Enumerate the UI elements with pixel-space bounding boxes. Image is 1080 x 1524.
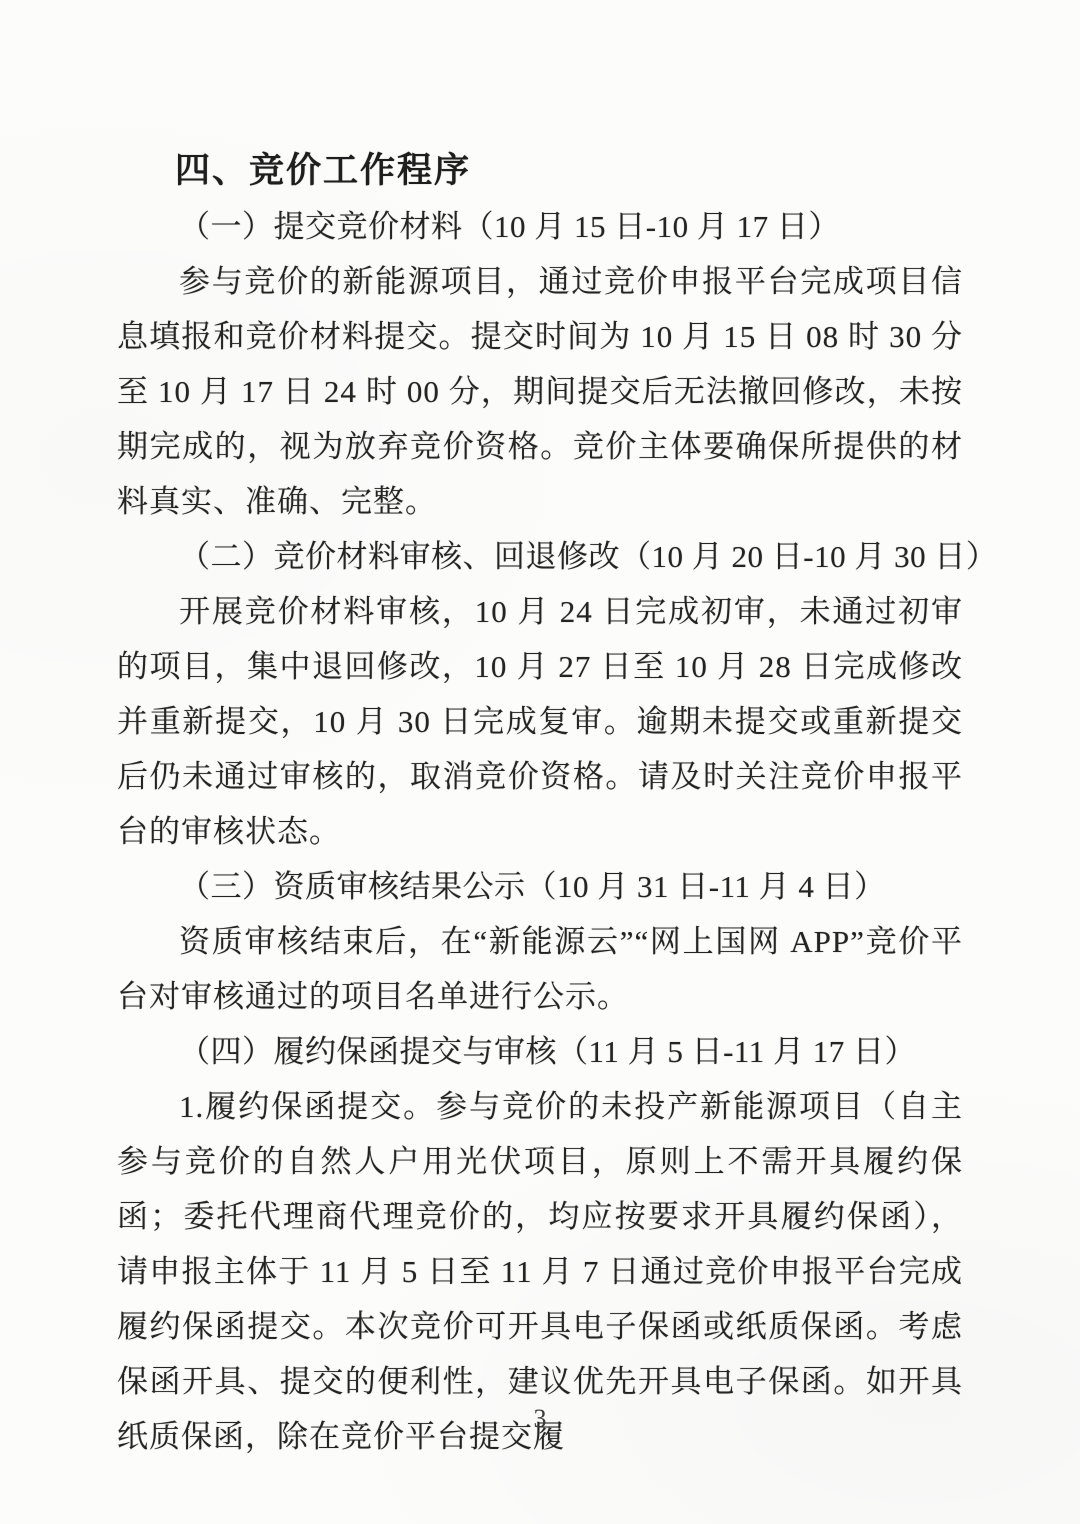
page-number: 3 xyxy=(0,1404,1080,1434)
subheading-guarantee-letter: （四）履约保函提交与审核（11 月 5 日-11 月 17 日） xyxy=(117,1024,963,1079)
paragraph-qualification-publicity: 资质审核结束后，在“新能源云”“网上国网 APP”竞价平台对审核通过的项目名单进… xyxy=(117,914,963,1024)
document-page: 四、竞价工作程序 （一）提交竞价材料（10 月 15 日-10 月 17 日） … xyxy=(0,0,1080,1524)
subheading-review-return-revise: （二）竞价材料审核、回退修改（10 月 20 日-10 月 30 日） xyxy=(117,529,963,584)
page-content: 四、竞价工作程序 （一）提交竞价材料（10 月 15 日-10 月 17 日） … xyxy=(117,143,963,1464)
paragraph-review-return-revise: 开展竞价材料审核，10 月 24 日完成初审，未通过初审的项目，集中退回修改，1… xyxy=(117,584,963,859)
subheading-qualification-publicity: （三）资质审核结果公示（10 月 31 日-11 月 4 日） xyxy=(117,859,963,914)
paragraph-submit-materials: 参与竞价的新能源项目，通过竞价申报平台完成项目信息填报和竞价材料提交。提交时间为… xyxy=(117,254,963,529)
section-heading: 四、竞价工作程序 xyxy=(175,143,963,199)
subheading-submit-materials: （一）提交竞价材料（10 月 15 日-10 月 17 日） xyxy=(117,199,963,254)
